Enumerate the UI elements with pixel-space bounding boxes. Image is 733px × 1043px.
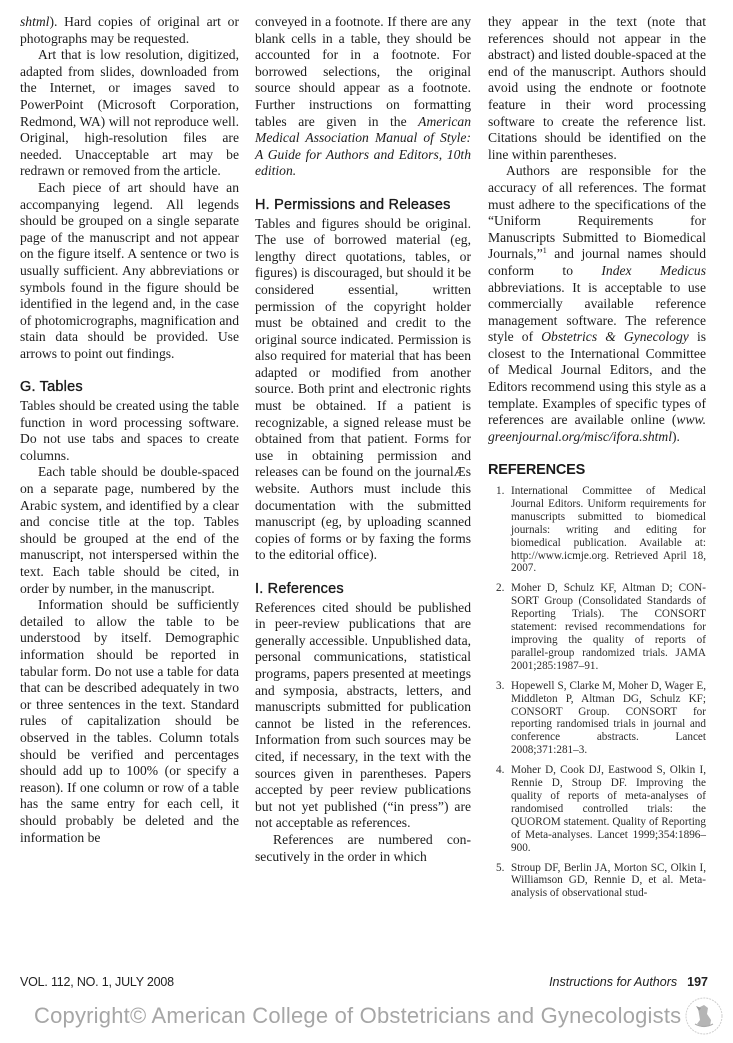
reference-number: 2.	[496, 582, 504, 595]
paragraph: References cited should be pub­lished in…	[255, 600, 471, 832]
paragraph-text: ).	[672, 429, 680, 444]
reference-text: Hopewell S, Clarke M, Moher D, Wager E, …	[511, 680, 706, 757]
paragraph: Each piece of art should have an accompa…	[20, 180, 239, 363]
paragraph: Information should be suffi­ciently deta…	[20, 597, 239, 846]
column-2: conveyed in a footnote. If there are any…	[255, 14, 471, 865]
reference-item: 2.Moher D, Schulz KF, Altman D; CON­SORT…	[488, 582, 706, 672]
copyright-watermark: Copyright© American College of Obstetric…	[34, 1003, 681, 1029]
column-1: shtml). Hard copies of original art or p…	[20, 14, 239, 846]
reference-number: 3.	[496, 680, 504, 693]
reference-item: 5.Stroup DF, Berlin JA, Morton SC, Olkin…	[488, 862, 706, 901]
reference-text: International Committee of Medical Journ…	[511, 485, 706, 574]
reference-item: 1.International Committee of Medical Jou…	[488, 485, 706, 575]
volume-info: VOL. 112, NO. 1, JULY 2008	[20, 975, 174, 989]
section-heading-references: I. References	[255, 581, 471, 598]
paragraph: conveyed in a footnote. If there are any…	[255, 14, 471, 180]
paragraph: Authors are responsible for the accuracy…	[488, 163, 706, 445]
references-list: 1.International Committee of Medical Jou…	[488, 485, 706, 900]
paragraph-text: conveyed in a footnote. If there are any…	[255, 14, 471, 129]
section-heading-permissions: H. Permissions and Releases	[255, 197, 471, 214]
paragraph: Each table should be double-spaced on a …	[20, 464, 239, 597]
paragraph: Tables and figures should be origi­nal. …	[255, 216, 471, 564]
reference-item: 3.Hopewell S, Clarke M, Moher D, Wager E…	[488, 680, 706, 757]
italic-index-name: Index Medicus	[601, 263, 706, 278]
reference-text: Moher D, Cook DJ, Eastwood S, Olkin I, R…	[511, 764, 706, 853]
column-3: they appear in the text (note that refer…	[488, 14, 706, 907]
section-title: Instructions for Authors	[549, 975, 677, 989]
paragraph: they appear in the text (note that refer…	[488, 14, 706, 163]
paragraph: References are numbered con­secutively i…	[255, 832, 471, 865]
reference-text: Moher D, Schulz KF, Altman D; CON­SORT G…	[511, 582, 706, 671]
reference-text: Stroup DF, Berlin JA, Morton SC, Olkin I…	[511, 862, 706, 900]
reference-item: 4.Moher D, Cook DJ, Eastwood S, Olkin I,…	[488, 764, 706, 854]
acog-seal-icon	[684, 996, 724, 1036]
reference-number: 4.	[496, 764, 504, 777]
reference-number: 1.	[496, 485, 504, 498]
paragraph: shtml). Hard copies of original art or p…	[20, 14, 239, 47]
italic-url-fragment: shtml	[20, 14, 49, 29]
running-footer: Instructions for Authors197	[549, 975, 708, 989]
reference-number: 5.	[496, 862, 504, 875]
italic-journal-name: Obstetrics & Gynecology	[541, 329, 689, 344]
paragraph: Tables should be created using the table…	[20, 398, 239, 464]
references-heading: REFERENCES	[488, 462, 706, 479]
paragraph-text: ). Hard copies of original art or photog…	[20, 14, 239, 46]
paragraph: Art that is low resolution, digi­tized, …	[20, 47, 239, 180]
section-heading-tables: G. Tables	[20, 379, 239, 396]
page-number: 197	[687, 975, 708, 989]
